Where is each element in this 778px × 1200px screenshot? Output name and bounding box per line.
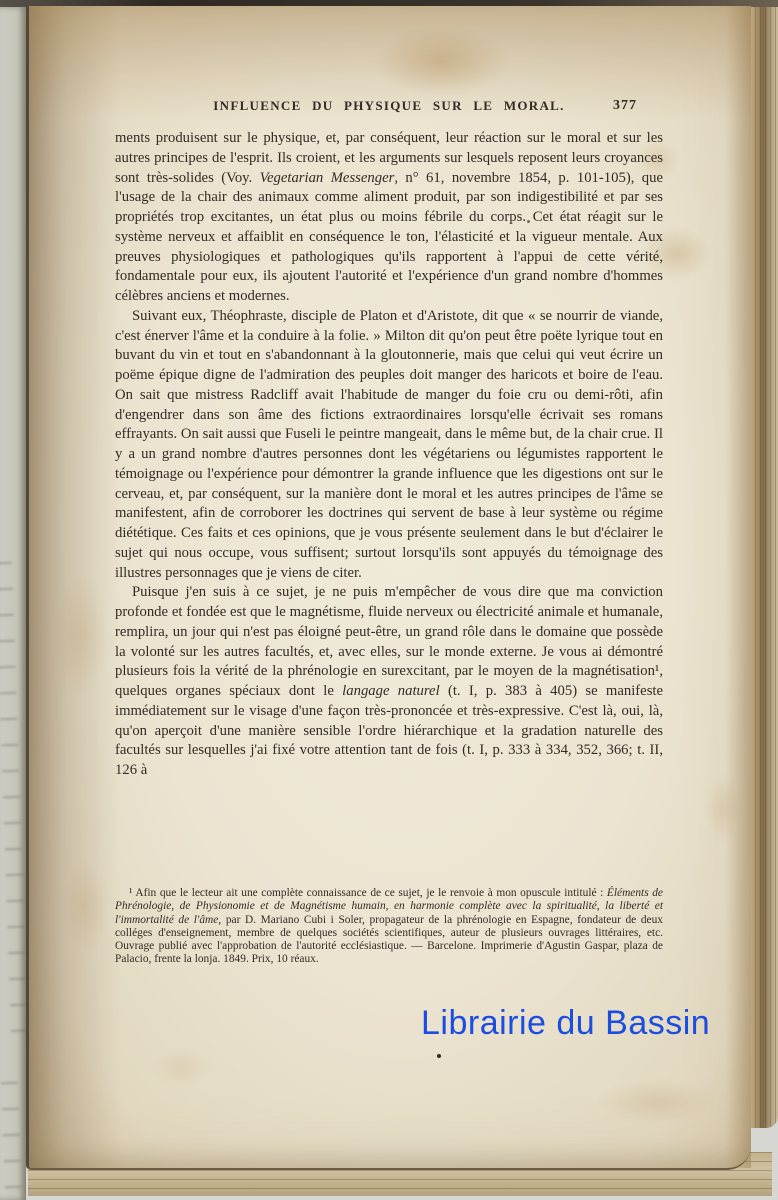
page-body-text: ments produisent sur le physique, et, pa…: [115, 129, 663, 781]
book-page: INFLUENCE DU PHYSIQUE SUR LE MORAL. 377 …: [26, 6, 751, 1170]
footnote: ¹ Afin que le lecteur ait une complète c…: [115, 887, 663, 967]
foxing-stain: [43, 551, 118, 721]
paragraph-2-text: Suivant eux, Théophraste, disciple de Pl…: [115, 308, 663, 581]
facing-page: [0, 7, 26, 1200]
show-through-marks: [0, 562, 28, 1032]
paragraph-1-text: , n° 61, novembre 1854, p. 101-105), que…: [115, 170, 663, 305]
page-right-toning: [725, 6, 751, 1168]
foxing-stain: [574, 1071, 739, 1133]
page-number: 377: [613, 98, 637, 114]
paragraph-2: Suivant eux, Théophraste, disciple de Pl…: [115, 307, 663, 584]
ink-speck: [437, 1054, 441, 1058]
paragraph-1: ments produisent sur le physique, et, pa…: [115, 129, 663, 307]
running-header: INFLUENCE DU PHYSIQUE SUR LE MORAL. 377: [115, 98, 663, 118]
running-title: INFLUENCE DU PHYSIQUE SUR LE MORAL.: [115, 98, 663, 114]
foxing-stain: [139, 1041, 224, 1093]
foxing-stain: [697, 761, 749, 856]
footnote-text: ¹ Afin que le lecteur ait une complète c…: [129, 887, 607, 899]
book-photo: INFLUENCE DU PHYSIQUE SUR LE MORAL. 377 …: [0, 0, 778, 1200]
bookseller-watermark: Librairie du Bassin: [421, 1004, 721, 1043]
foxing-stain: [53, 841, 118, 971]
show-through-marks: [1, 1082, 22, 1200]
italic-work-title: Vegetarian Messenger: [260, 170, 395, 186]
paragraph-3-text: Puisque j'en suis à ce sujet, je ne puis…: [115, 584, 663, 699]
italic-term: langage naturel: [342, 683, 440, 699]
paragraph-3: Puisque j'en suis à ce sujet, je ne puis…: [115, 583, 663, 781]
foxing-stain: [349, 14, 534, 109]
